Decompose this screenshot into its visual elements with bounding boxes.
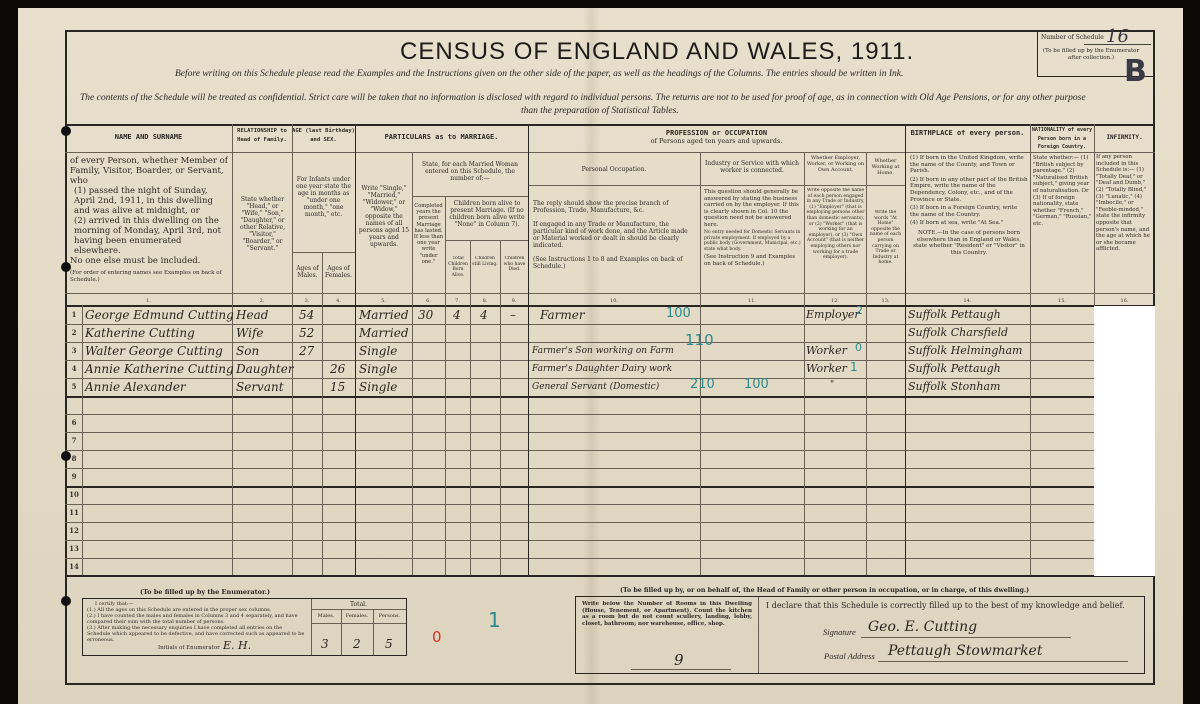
at-home-label: Whether Working at Home. bbox=[867, 158, 904, 176]
col-divider-7 bbox=[470, 240, 471, 575]
birthplace-instructions: (1) If born in the United Kingdom, write… bbox=[910, 155, 1028, 256]
occupation-code: 100 bbox=[666, 306, 691, 321]
age-sub-divider bbox=[292, 252, 355, 253]
occupation-cell: Farmer bbox=[540, 308, 585, 322]
signature-label: Signature bbox=[823, 627, 856, 637]
relationship-cell: Head bbox=[236, 308, 268, 322]
row-number: 11 bbox=[67, 508, 81, 517]
age-female-cell: 52 bbox=[299, 326, 314, 340]
infirmity-redaction bbox=[1094, 306, 1155, 576]
schedule-number: 16 bbox=[1106, 26, 1129, 47]
employer-instructions: Write opposite the name of each person e… bbox=[806, 188, 865, 261]
occupation-code: 110 bbox=[685, 331, 714, 349]
born-alive-cell: 4 bbox=[453, 308, 461, 322]
col-number-16: 16. bbox=[1094, 298, 1155, 304]
marriage-cell: Married bbox=[359, 326, 409, 340]
col-number-2: 2. bbox=[232, 298, 292, 304]
initials-label: Initials of Enumerator bbox=[158, 645, 220, 652]
employer-label: Whether Employer, Worker, or Working on … bbox=[806, 155, 865, 173]
header-name: NAME AND SURNAME bbox=[65, 134, 232, 142]
children-instructions: Children born alive to present Marriage.… bbox=[447, 200, 527, 228]
certify-text: I certify that:— (1.) All the ages on th… bbox=[87, 601, 307, 643]
stamp-letter: B bbox=[1124, 54, 1147, 89]
name-cell: Katherine Cutting bbox=[85, 326, 195, 340]
header-divider bbox=[65, 152, 1155, 153]
age-instructions: For Infants under one year state the age… bbox=[294, 176, 353, 218]
col-number-5: 5. bbox=[355, 298, 412, 304]
occupation-code: 210 bbox=[690, 377, 715, 392]
header-occupation: PROFESSION or OCCUPATIONof Persons aged … bbox=[528, 130, 905, 145]
personal-occupation-label: Personal Occupation. bbox=[530, 166, 698, 173]
name-cell: Walter George Cutting bbox=[85, 344, 223, 358]
birthplace-cell: Suffolk Stonham bbox=[908, 380, 1000, 393]
binding-hole bbox=[61, 451, 71, 461]
years-married-cell: 30 bbox=[418, 308, 433, 322]
personal-occupation-instructions: The reply should show the precise branch… bbox=[533, 200, 696, 270]
row-line bbox=[65, 522, 1155, 523]
row-line bbox=[65, 342, 1155, 343]
years-married-instructions: Completed years the present Marriage has… bbox=[413, 203, 444, 265]
page-title: CENSUS OF ENGLAND AND WALES, 1911. bbox=[400, 38, 914, 66]
total-persons: 5 bbox=[385, 637, 393, 651]
row-number: 13 bbox=[67, 544, 81, 553]
relationship-cell: Daughter bbox=[236, 362, 294, 376]
binding-hole bbox=[61, 596, 71, 606]
ages-of-females-label: Ages of Females. bbox=[323, 265, 354, 279]
col-divider-8 bbox=[500, 240, 501, 575]
header-relationship: RELATIONSHIP to Head of Family. bbox=[232, 127, 292, 144]
total-children-label: Total Children Born Alive. bbox=[446, 256, 470, 278]
confidential-line-1: The contents of the Schedule will be tre… bbox=[80, 93, 1086, 103]
instruction-line: Before writing on this Schedule please r… bbox=[175, 69, 903, 79]
header-marriage: PARTICULARS as to MARRIAGE. bbox=[355, 134, 528, 142]
enumerator-box: I certify that:— (1.) All the ages on th… bbox=[82, 598, 407, 656]
colnum-bottom bbox=[65, 305, 1155, 307]
row-number: 6 bbox=[67, 418, 81, 427]
row-line bbox=[65, 360, 1155, 361]
row-line bbox=[65, 450, 1155, 451]
row-line bbox=[65, 324, 1155, 325]
children-living-label: Children still Living. bbox=[471, 256, 499, 267]
rooms-instructions: Write below the Number of Rooms in this … bbox=[582, 601, 752, 627]
col-divider-13 bbox=[905, 124, 906, 575]
marriage-cell: Single bbox=[359, 362, 397, 376]
age-male-cell: 27 bbox=[299, 344, 314, 358]
occupation-cell: Farmer's Daughter Dairy work bbox=[532, 364, 672, 374]
occupier-box: Write below the Number of Rooms in this … bbox=[575, 596, 1145, 674]
col-divider-14 bbox=[1030, 124, 1031, 575]
col-number-11: 11. bbox=[700, 298, 804, 304]
enumerator-heading: (To be filled up by the Enumerator.) bbox=[140, 588, 270, 596]
children-died-label: Children who have Died. bbox=[501, 256, 528, 273]
declaration-text: I declare that this Schedule is correctl… bbox=[766, 601, 1146, 611]
row-number: 9 bbox=[67, 472, 81, 481]
col-divider-4 bbox=[355, 124, 356, 575]
enumerator-initials: E. H. bbox=[223, 639, 251, 652]
age-female-cell: 15 bbox=[330, 380, 345, 394]
row-line bbox=[65, 468, 1155, 469]
employer-cell: Worker bbox=[806, 344, 847, 357]
industry-label: Industry or Service with which worker is… bbox=[702, 160, 802, 174]
at-home-instructions: Write the words "At Home" opposite the n… bbox=[867, 210, 904, 266]
col-divider-2 bbox=[292, 124, 293, 575]
col-divider-1 bbox=[232, 124, 233, 575]
row-line bbox=[65, 504, 1155, 505]
rownum-divider bbox=[82, 305, 83, 575]
name-cell: George Edmund Cutting bbox=[85, 308, 234, 322]
row-line bbox=[65, 432, 1155, 433]
industry-code: 100 bbox=[744, 377, 769, 392]
col-number-9: 9. bbox=[500, 298, 528, 304]
header-nationality: NATIONALITY of every Person born in a Fo… bbox=[1030, 126, 1094, 152]
header-infirmity: INFIRMITY. bbox=[1094, 134, 1155, 142]
col-divider-11 bbox=[804, 152, 805, 575]
row-number: 10 bbox=[67, 490, 81, 499]
marriage-cell: Married bbox=[359, 308, 409, 322]
name-cell: Annie Alexander bbox=[85, 380, 186, 394]
children-sub-divider bbox=[445, 240, 528, 241]
binding-hole bbox=[61, 126, 71, 136]
name-instructions: of every Person, whether Member of Famil… bbox=[70, 156, 228, 283]
total-males: 3 bbox=[321, 637, 329, 651]
age-female-cell: 26 bbox=[330, 362, 345, 376]
postal-address-value: Pettaugh Stowmarket bbox=[888, 643, 1042, 659]
employer-cell: Employer bbox=[806, 308, 860, 321]
employer-code: 2 bbox=[856, 304, 863, 317]
marital-instructions: Write "Single," "Married," "Widower," or… bbox=[357, 185, 411, 248]
col-number-8: 8. bbox=[470, 298, 500, 304]
birthplace-cell: Suffolk Pettaugh bbox=[908, 362, 1001, 375]
confidential-line-2: than the preparation of Statistical Tabl… bbox=[521, 106, 679, 116]
employer-code: 0 bbox=[855, 341, 862, 354]
persons-label: Persons. bbox=[373, 613, 406, 620]
row-line bbox=[65, 558, 1155, 559]
row-number: 7 bbox=[67, 436, 81, 445]
col-number-13: 13. bbox=[866, 298, 905, 304]
col-number-10: 10. bbox=[528, 298, 700, 304]
header-age: AGE (last Birthday) and SEX. bbox=[292, 127, 355, 144]
males-label: Males. bbox=[311, 613, 341, 620]
colnum-top bbox=[65, 293, 1155, 294]
employer-code: 1 bbox=[850, 360, 858, 374]
nationality-instructions: State whether:— (1) "British subject by … bbox=[1033, 155, 1092, 228]
row-line bbox=[65, 486, 1155, 488]
birthplace-cell: Suffolk Pettaugh bbox=[908, 308, 1001, 321]
row-line bbox=[65, 378, 1155, 379]
relationship-cell: Wife bbox=[236, 326, 264, 340]
schedule-number-label: Number of Schedule bbox=[1041, 34, 1104, 41]
table-top-border bbox=[65, 124, 1155, 126]
col-number-4: 4. bbox=[322, 298, 355, 304]
row-line bbox=[65, 396, 1155, 398]
col-number-15: 15. bbox=[1030, 298, 1094, 304]
occupier-heading: (To be filled up by, or on behalf of, th… bbox=[620, 587, 1029, 594]
col-divider-9 bbox=[528, 124, 529, 575]
postal-address-label: Postal Address bbox=[824, 651, 875, 661]
relationship-instructions: State whether "Head," or "Wife," "Son," … bbox=[235, 196, 290, 252]
row-line bbox=[65, 540, 1155, 541]
females-label: Females. bbox=[341, 613, 373, 620]
infirmity-instructions: If any person included in this Schedule … bbox=[1096, 154, 1154, 253]
relationship-cell: Son bbox=[236, 344, 259, 358]
birthplace-cell: Suffolk Helmingham bbox=[908, 344, 1023, 357]
marriage-sub-divider bbox=[412, 196, 528, 197]
ages-of-males-label: Ages of Males. bbox=[294, 265, 321, 279]
row-number: 14 bbox=[67, 562, 81, 571]
occupation-cell: General Servant (Domestic) bbox=[532, 382, 659, 392]
row-number: 12 bbox=[67, 526, 81, 535]
occupation-sub-divider bbox=[528, 185, 905, 186]
col-number-1: 1. bbox=[65, 298, 232, 304]
table-bottom-border bbox=[65, 575, 1155, 577]
employer-cell: " bbox=[830, 380, 834, 390]
marriage-cell: Single bbox=[359, 344, 397, 358]
age-male-cell: 54 bbox=[299, 308, 314, 322]
col-number-7: 7. bbox=[445, 298, 470, 304]
name-cell: Annie Katherine Cutting bbox=[85, 362, 234, 376]
blue-pencil-mark: 1 bbox=[488, 608, 501, 632]
living-cell: 4 bbox=[480, 308, 488, 322]
marriage-cell: Single bbox=[359, 380, 397, 394]
occupation-cell: Farmer's Son working on Farm bbox=[532, 346, 674, 356]
col-number-14: 14. bbox=[905, 298, 1030, 304]
red-pencil-mark: 0 bbox=[432, 628, 442, 646]
total-label: Total. bbox=[311, 601, 406, 608]
rooms-count: 9 bbox=[674, 651, 684, 669]
col-divider-10 bbox=[700, 152, 701, 575]
col-number-6: 6. bbox=[412, 298, 445, 304]
died-cell: – bbox=[510, 308, 516, 322]
col-number-3: 3. bbox=[292, 298, 322, 304]
col-divider-6 bbox=[445, 196, 446, 575]
birthplace-cell: Suffolk Charsfield bbox=[908, 326, 1008, 339]
relationship-cell: Servant bbox=[236, 380, 284, 394]
total-females: 2 bbox=[353, 637, 361, 651]
binding-hole bbox=[61, 262, 71, 272]
employer-cell: Worker bbox=[806, 362, 847, 375]
row-line bbox=[65, 414, 1155, 415]
industry-instructions: This question should generally be answer… bbox=[704, 189, 801, 267]
married-woman-instructions: State, for each Married Woman entered on… bbox=[414, 161, 526, 182]
signature-value: Geo. E. Cutting bbox=[868, 619, 977, 635]
header-birthplace: BIRTHPLACE of every person. bbox=[905, 130, 1030, 138]
